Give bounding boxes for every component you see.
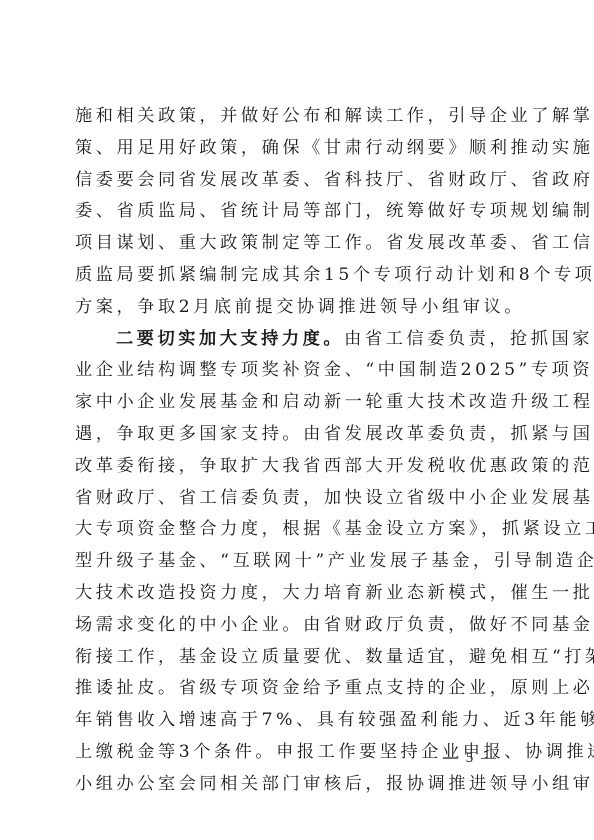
text-line: 项目谋划、重大政策制定等工作。省发展改革委、省工信委、省 <box>75 228 515 260</box>
text-line: 年销售收入增速高于7%、具有较强盈利能力、近3年能够正常 <box>75 705 515 737</box>
text-line: 省财政厅、省工信委负责，加快设立省级中小企业发展基金，加 <box>75 483 515 515</box>
section-first-line: 二要切实加大支持力度。由省工信委负责，抢抓国家设立工 <box>75 324 515 356</box>
text-line: 家中小企业发展基金和启动新一轮重大技术改造升级工程等机 <box>75 387 515 419</box>
text-line: 型升级子基金、“互联网十”产业发展子基金，引导制造企业加 <box>75 546 515 578</box>
page-number: — 5 — <box>443 750 498 767</box>
text-line: 衔接工作，基金设立质量要优、数量适宜，避免相互“打架”、 <box>75 642 515 674</box>
text-line: 小组办公室会同相关部门审核后，报协调推进领导小组审定。协 <box>75 769 515 801</box>
text-line: 大专项资金整合力度，根据《基金设立方案》，抓紧设立工业转 <box>75 514 515 546</box>
text-line: 改革委衔接，争取扩大我省西部大开发税收优惠政策的范围。由 <box>75 451 515 483</box>
text-line: 信委要会同省发展改革委、省科技厅、省财政厅、省政府国资 <box>75 165 515 197</box>
section-heading: 二要切实加大支持力度。 <box>116 329 344 349</box>
section-first-line-text: 由省工信委负责，抢抓国家设立工 <box>344 329 594 349</box>
document-page: 施和相关政策，并做好公布和解读工作，引导企业了解掌握政 策、用足用好政策，确保《… <box>0 0 594 840</box>
text-line: 方案，争取2月底前提交协调推进领导小组审议。 <box>75 292 515 324</box>
body-text: 施和相关政策，并做好公布和解读工作，引导企业了解掌握政 策、用足用好政策，确保《… <box>75 101 515 801</box>
text-line: 委、省质监局、省统计局等部门，统筹做好专项规划编制、重大 <box>75 196 515 228</box>
text-line: 场需求变化的中小企业。由省财政厅负责，做好不同基金之间的 <box>75 610 515 642</box>
text-line: 策、用足用好政策，确保《甘肃行动纲要》顺利推动实施。省工 <box>75 133 515 165</box>
text-line: 遇，争取更多国家支持。由省发展改革委负责，抓紧与国家发展 <box>75 419 515 451</box>
text-line: 质监局要抓紧编制完成其余15个专项行动计划和8个专项实施 <box>75 260 515 292</box>
text-line: 大技术改造投资力度，大力培育新业态新模式，催生一批适应市 <box>75 578 515 610</box>
text-line: 施和相关政策，并做好公布和解读工作，引导企业了解掌握政 <box>75 101 515 133</box>
text-line: 推诿扯皮。省级专项资金给予重点支持的企业，原则上必须符合 <box>75 673 515 705</box>
text-line: 业企业结构调整专项奖补资金、“中国制造2025”专项资金、国 <box>75 355 515 387</box>
